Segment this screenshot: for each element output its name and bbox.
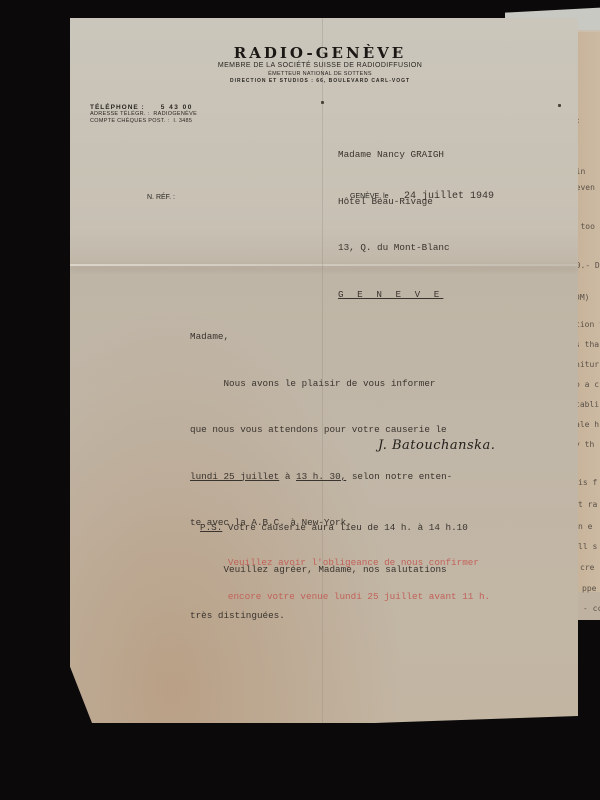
underlying-text-fragment: cre [580,563,594,572]
postscript-line: P.S. Votre causerie aura lieu de 14 h. à… [200,522,490,534]
appointment-time: 13 h. 30, [296,471,346,482]
letter-date: 24 juillet 1949 [404,191,494,202]
body-text: à [279,471,296,482]
handwritten-signature: J. Batouchanska. [378,438,495,453]
postscript-red-line: Veuillez avoir l'obligeance de nous conf… [200,557,490,569]
address-window-mark [558,104,561,107]
underlying-text-fragment: ppe [582,584,596,593]
letterhead-direction: DIRECTION ET STUDIOS : 66, BOULEVARD CAR… [180,78,460,84]
letterhead-subtitle: MEMBRE DE LA SOCIÉTÉ SUISSE DE RADIODIFF… [180,62,460,69]
underlying-text-fragment: t ra [578,500,597,509]
photo-stage: nd: e in t even e. rs too 200.- D DM) ti… [0,0,600,800]
salutation: Madame, [190,329,452,345]
place-label: GENÈVE, le [350,193,389,200]
letterhead-title: RADIO-GENÈVE [190,44,450,62]
underlying-text-fragment: ll s [578,542,597,551]
underlying-text-fragment: tabli [575,400,599,409]
telephone-row: TÉLÉPHONE : 5 43 00 [90,104,197,111]
telegram-row: ADRESSE TÉLÉGR. : RADIOGENÈVE [90,111,197,118]
underlying-text-fragment: is f [578,478,597,487]
postscript-text: Votre causerie aura lieu de 14 h. à 14 h… [222,522,467,533]
body-line: que nous vous attendons pour votre cause… [190,422,452,438]
underlying-text-fragment: n e [578,522,592,531]
body-line: lundi 25 juillet à 13 h. 30, selon notre… [190,469,452,485]
postscript-red-line: encore votre venue lundi 25 juillet avan… [200,591,490,603]
letter-page: RADIO-GENÈVE MEMBRE DE LA SOCIÉTÉ SUISSE… [70,18,578,723]
cheques-label: COMPTE CHÈQUES POST. : [90,118,169,125]
telephone-value: 5 43 00 [161,104,193,111]
underlying-text-fragment: o a c [575,380,599,389]
underlying-text-fragment: s tha [575,340,599,349]
appointment-date: lundi 25 juillet [190,471,279,482]
recipient-street: 13, Q. du Mont-Blanc [338,240,450,256]
body-text: selon notre enten- [346,471,452,482]
cheques-row: COMPTE CHÈQUES POST. : I. 3485 [90,118,197,125]
underlying-text-fragment: nitur [575,360,599,369]
recipient-name: Madame Nancy GRAIGH [338,147,450,163]
underlying-text-fragment: ale h [575,420,599,429]
telegram-label: ADRESSE TÉLÉGR. : [90,111,149,118]
telephone-label: TÉLÉPHONE : [90,104,145,111]
body-line: Nous avons le plaisir de vous informer [190,376,452,392]
postscript-label: P.S. [200,522,222,533]
horizontal-fold [70,264,578,266]
reference-label: N. RÉF. : [147,194,175,201]
address-window-mark [321,101,324,104]
cheques-value: I. 3485 [173,118,192,125]
postscript: P.S. Votre causerie aura lieu de 14 h. à… [200,499,490,626]
underlying-text-fragment: - cc [583,604,600,613]
telegram-value: RADIOGENÈVE [153,111,197,118]
underlying-text-fragment: tion t [575,320,600,329]
letterhead-emitter: ÉMETTEUR NATIONAL DE SOTTENS [180,71,460,77]
contact-block: TÉLÉPHONE : 5 43 00 ADRESSE TÉLÉGR. : RA… [90,104,197,125]
